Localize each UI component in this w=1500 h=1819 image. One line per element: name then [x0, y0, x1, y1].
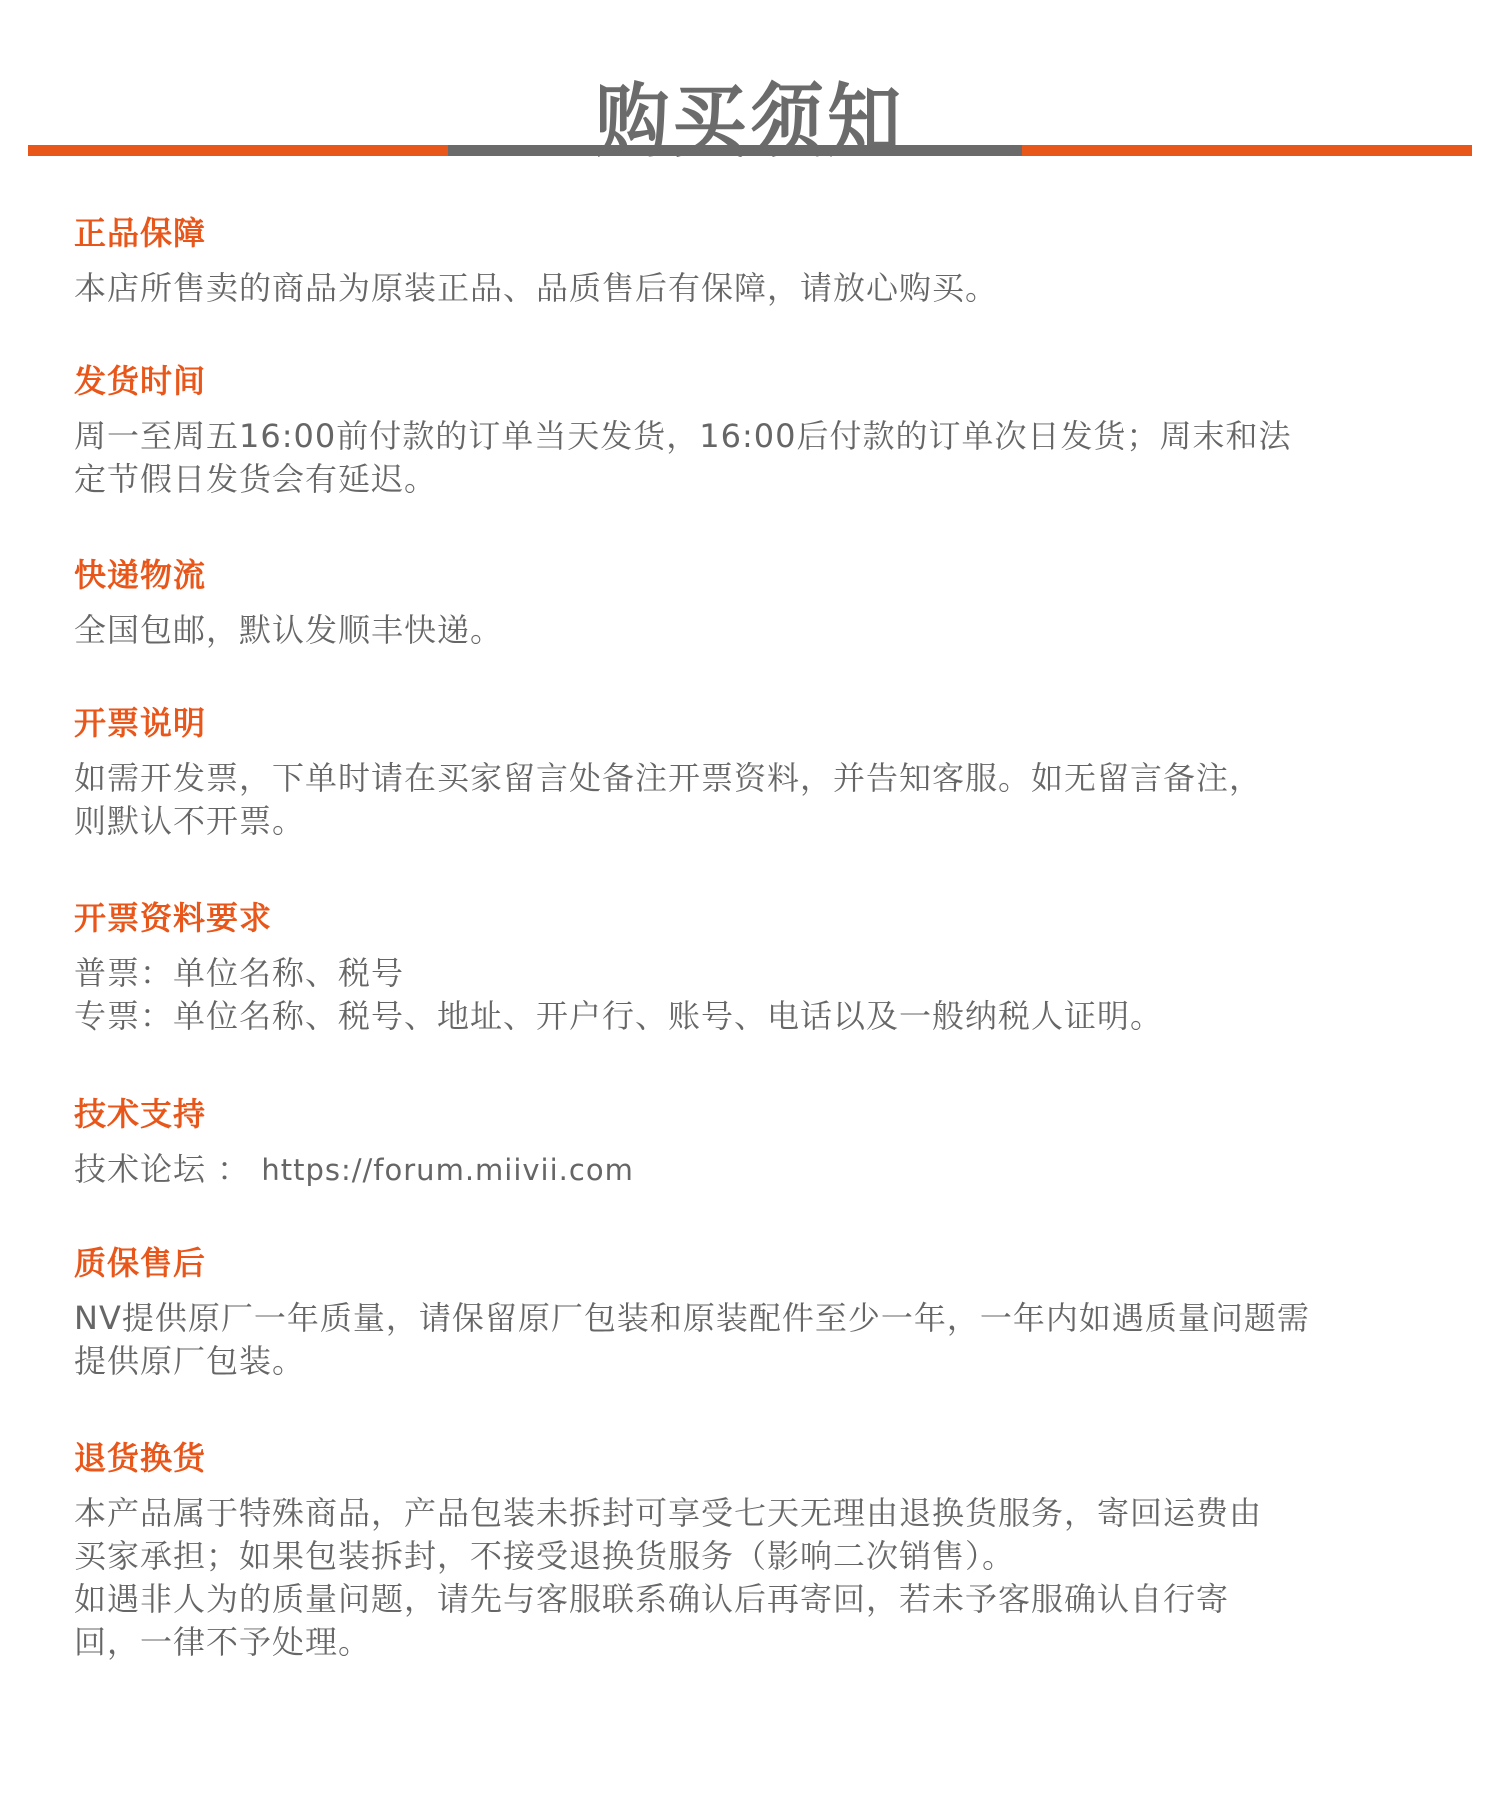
section-body: 普票：单位名称、税号 专票：单位名称、税号、地址、开户行、账号、电话以及一般纳税…	[74, 952, 1454, 1038]
body-line: 技术论坛 ： https://forum.miivii.com	[74, 1148, 1454, 1192]
section-heading: 快递物流	[74, 555, 1454, 595]
body-line: 则默认不开票。	[74, 800, 1454, 843]
section-body: 周一至周五16:00前付款的订单当天发货，16:00后付款的订单次日发货；周末和…	[74, 415, 1454, 501]
section-express-logistics: 快递物流 全国包邮，默认发顺丰快递。	[74, 555, 1454, 652]
section-heading: 正品保障	[74, 213, 1454, 253]
body-line: 普票：单位名称、税号	[74, 952, 1454, 995]
section-authentic-guarantee: 正品保障 本店所售卖的商品为原装正品、品质售后有保障，请放心购买。	[74, 213, 1454, 310]
title-divider	[28, 145, 1472, 156]
section-warranty: 质保售后 NV提供原厂一年质量，请保留原厂包装和原装配件至少一年，一年内如遇质量…	[74, 1243, 1454, 1383]
body-line: 买家承担；如果包装拆封，不接受退换货服务（影响二次销售）。	[74, 1535, 1454, 1578]
section-invoice-info: 开票说明 如需开发票，下单时请在买家留言处备注开票资料，并告知客服。如无留言备注…	[74, 703, 1454, 843]
section-body: 本产品属于特殊商品，产品包装未拆封可享受七天无理由退换货服务，寄回运费由 买家承…	[74, 1492, 1454, 1664]
body-line: 定节假日发货会有延迟。	[74, 458, 1454, 501]
section-heading: 开票资料要求	[74, 898, 1454, 938]
section-body: 技术论坛 ： https://forum.miivii.com	[74, 1148, 1454, 1192]
body-line: 如遇非人为的质量问题，请先与客服联系确认后再寄回，若未予客服确认自行寄	[74, 1578, 1454, 1621]
section-shipping-time: 发货时间 周一至周五16:00前付款的订单当天发货，16:00后付款的订单次日发…	[74, 361, 1454, 501]
section-heading: 开票说明	[74, 703, 1454, 743]
section-body: 如需开发票，下单时请在买家留言处备注开票资料，并告知客服。如无留言备注， 则默认…	[74, 757, 1454, 843]
section-invoice-requirements: 开票资料要求 普票：单位名称、税号 专票：单位名称、税号、地址、开户行、账号、电…	[74, 898, 1454, 1038]
section-heading: 退货换货	[74, 1438, 1454, 1478]
body-line: 回，一律不予处理。	[74, 1621, 1454, 1664]
divider-segment-left	[28, 145, 448, 156]
section-body: NV提供原厂一年质量，请保留原厂包装和原装配件至少一年，一年内如遇质量问题需 提…	[74, 1297, 1454, 1383]
section-heading: 技术支持	[74, 1094, 1454, 1134]
forum-link[interactable]: https://forum.miivii.com	[261, 1153, 633, 1187]
forum-label: 技术论坛 ：	[74, 1150, 250, 1188]
body-line: 本产品属于特殊商品，产品包装未拆封可享受七天无理由退换货服务，寄回运费由	[74, 1492, 1454, 1535]
body-line: 周一至周五16:00前付款的订单当天发货，16:00后付款的订单次日发货；周末和…	[74, 415, 1454, 458]
body-line: 本店所售卖的商品为原装正品、品质售后有保障，请放心购买。	[74, 267, 1454, 310]
section-heading: 质保售后	[74, 1243, 1454, 1283]
section-body: 本店所售卖的商品为原装正品、品质售后有保障，请放心购买。	[74, 267, 1454, 310]
divider-segment-right	[1022, 145, 1472, 156]
body-line: NV提供原厂一年质量，请保留原厂包装和原装配件至少一年，一年内如遇质量问题需	[74, 1297, 1454, 1340]
body-line: 提供原厂包装。	[74, 1340, 1454, 1383]
section-returns: 退货换货 本产品属于特殊商品，产品包装未拆封可享受七天无理由退换货服务，寄回运费…	[74, 1438, 1454, 1664]
divider-segment-middle	[448, 145, 1022, 156]
body-line: 如需开发票，下单时请在买家留言处备注开票资料，并告知客服。如无留言备注，	[74, 757, 1454, 800]
section-heading: 发货时间	[74, 361, 1454, 401]
section-body: 全国包邮，默认发顺丰快递。	[74, 609, 1454, 652]
body-line: 全国包邮，默认发顺丰快递。	[74, 609, 1454, 652]
body-line: 专票：单位名称、税号、地址、开户行、账号、电话以及一般纳税人证明。	[74, 995, 1454, 1038]
section-tech-support: 技术支持 技术论坛 ： https://forum.miivii.com	[74, 1094, 1454, 1192]
